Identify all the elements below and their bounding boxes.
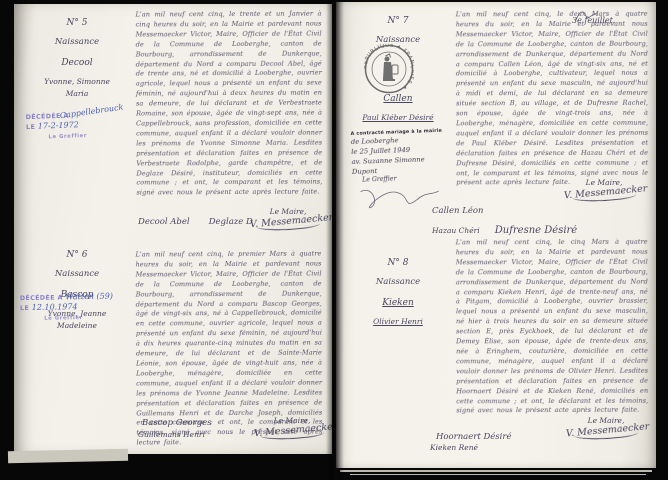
acte-7-margin: N° 7 Naissance xyxy=(344,16,452,45)
acte-5-death-date: 17-2-1972 xyxy=(38,120,79,130)
republique-francaise-seal-stamp: RÉPUBLIQUE ✦ FRANÇAISE ✦ xyxy=(364,44,414,94)
acte-8-signature-witness: Hoornaert Désiré xyxy=(436,432,511,442)
acte-7-surname: Callen xyxy=(344,94,452,104)
acte-5-given-names: Yvonne, Simonne Maria xyxy=(24,76,130,100)
acte-8-mayor-block: Le Maire, V. Messemaecker xyxy=(566,416,646,439)
acte-7-child-names: Callen Paul Kléber Désiré xyxy=(344,94,452,124)
acte-7-signature-witness1: Hazau Chéri xyxy=(432,226,480,235)
clerk-signature-flourish xyxy=(352,181,443,214)
register-scan: N° 5 Naissance Decool Yvonne, Simonne Ma… xyxy=(0,0,668,480)
acte-8-body: L'an mil neuf cent cinq, le cinq Mars à … xyxy=(456,238,649,417)
acte-6-signature-declarant: Bascop Georges xyxy=(142,418,212,428)
page-stack-edge-2 xyxy=(350,474,646,475)
acte-8-given: Olivier Henri xyxy=(344,316,452,328)
acte-5-mayor-block: Le Maire, V. Messemaecker xyxy=(250,207,326,230)
acte-5-number: N° 5 xyxy=(24,18,130,28)
acte-6-death-le: LE xyxy=(20,305,29,312)
acte-7-signatures: Callen Léon Hazau Chéri Dufresne Désiré xyxy=(432,198,577,237)
acte-6-signature-witness: Guillemans Henri xyxy=(138,430,212,439)
acte-5-given-line2: Maria xyxy=(24,88,130,100)
acte-7-number: N° 7 xyxy=(344,16,452,26)
acte-6-number: N° 6 xyxy=(24,250,130,260)
acte-6-mayor-block: Le Maire, V. Messemaecker xyxy=(254,416,330,439)
acte-6-death-date: 12.10.1974 xyxy=(32,302,78,312)
acte-7-body: L'an mil neuf cent cinq, le deux Mars à … xyxy=(456,10,649,189)
acte-8-type: Naissance xyxy=(344,277,452,287)
acte-6-death-stamp-word: DÉCÉDÉE A xyxy=(20,294,63,302)
acte-8-margin: N° 8 Naissance Kieken Olivier Henri xyxy=(344,258,452,328)
book-gutter-shadow xyxy=(326,0,344,480)
acte-5-margin: N° 5 Naissance Decool Yvonne, Simonne Ma… xyxy=(24,18,130,100)
left-page: N° 5 Naissance Decool Yvonne, Simonne Ma… xyxy=(14,4,332,454)
acte-5-type: Naissance xyxy=(24,37,130,47)
acte-8-number: N° 8 xyxy=(344,258,452,268)
acte-5-signatures: Decool Abel Deglaze D xyxy=(138,209,253,228)
minerva-figure-icon xyxy=(383,54,398,81)
page-stack-edge-1 xyxy=(340,470,652,472)
acte-8-signature-declarant: Kieken René xyxy=(430,443,511,452)
acte-5-death-le: LE xyxy=(26,124,35,131)
acte-7-signature-witness2: Dufresne Désiré xyxy=(495,225,578,236)
underlying-page-edge xyxy=(8,449,128,464)
acte-6-death-clerk: Le Greffier xyxy=(44,313,150,324)
acte-8-signatures: Hoornaert Désiré Kieken René xyxy=(436,432,511,452)
acte-6-signatures: Bascop Georges Guillemans Henri xyxy=(142,418,212,439)
acte-6-type: Naissance xyxy=(24,269,130,279)
acte-7-signature-declarant: Callen Léon xyxy=(432,206,483,216)
acte-5-death-stamp: Cappellebrouck DÉCÉDÉE A LE 17-2-1972 Le… xyxy=(25,104,146,143)
acte-5-body: L'an mil neuf cent cinq, le trente et un… xyxy=(136,10,323,199)
acte-5-signature-declarant: Decool Abel xyxy=(138,217,190,227)
acte-5-signature-witness: Deglaze D xyxy=(209,217,253,227)
acte-5-given-line1: Yvonne, Simonne xyxy=(24,76,130,88)
acte-8-surname: Kieken xyxy=(344,298,452,308)
acte-7-given: Paul Kléber Désiré xyxy=(344,112,452,124)
acte-5-surname: Decool xyxy=(24,58,130,68)
acte-6-death-stamp: DÉCÉDÉE A Watten (59) LE 12.10.1974 Le G… xyxy=(20,291,151,324)
acte-6-death-place: Watten (59) xyxy=(65,292,113,302)
acte-5-death-clerk: Le Greffier xyxy=(48,130,146,142)
right-page: 3e feuillet. N° 7 Naissance RÉPUBLIQUE ✦… xyxy=(336,2,656,468)
